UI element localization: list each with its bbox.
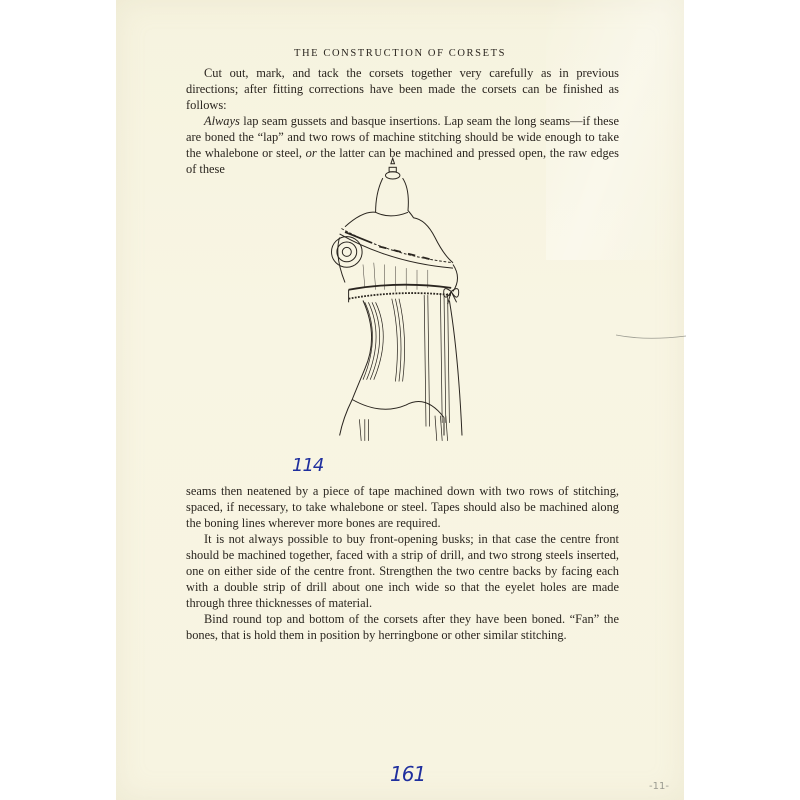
running-head: THE CONSTRUCTION OF CORSETS xyxy=(116,48,684,59)
pencil-stroke xyxy=(616,333,686,341)
pencil-corner-mark: -11- xyxy=(649,781,669,792)
handwritten-figure-number: 114 xyxy=(292,455,323,476)
scanned-page: THE CONSTRUCTION OF CORSETS Cut out, mar… xyxy=(116,0,684,800)
paragraph: It is not always possible to buy front-o… xyxy=(186,531,619,611)
paragraph: seams then neatened by a piece of tape m… xyxy=(186,483,619,531)
paragraph: Bind round top and bottom of the corsets… xyxy=(186,611,619,643)
handwritten-page-number: 161 xyxy=(390,762,425,786)
body-text-bottom: seams then neatened by a piece of tape m… xyxy=(186,483,619,643)
paragraph: Cut out, mark, and tack the corsets toge… xyxy=(186,65,619,113)
corset-illustration xyxy=(309,148,489,453)
